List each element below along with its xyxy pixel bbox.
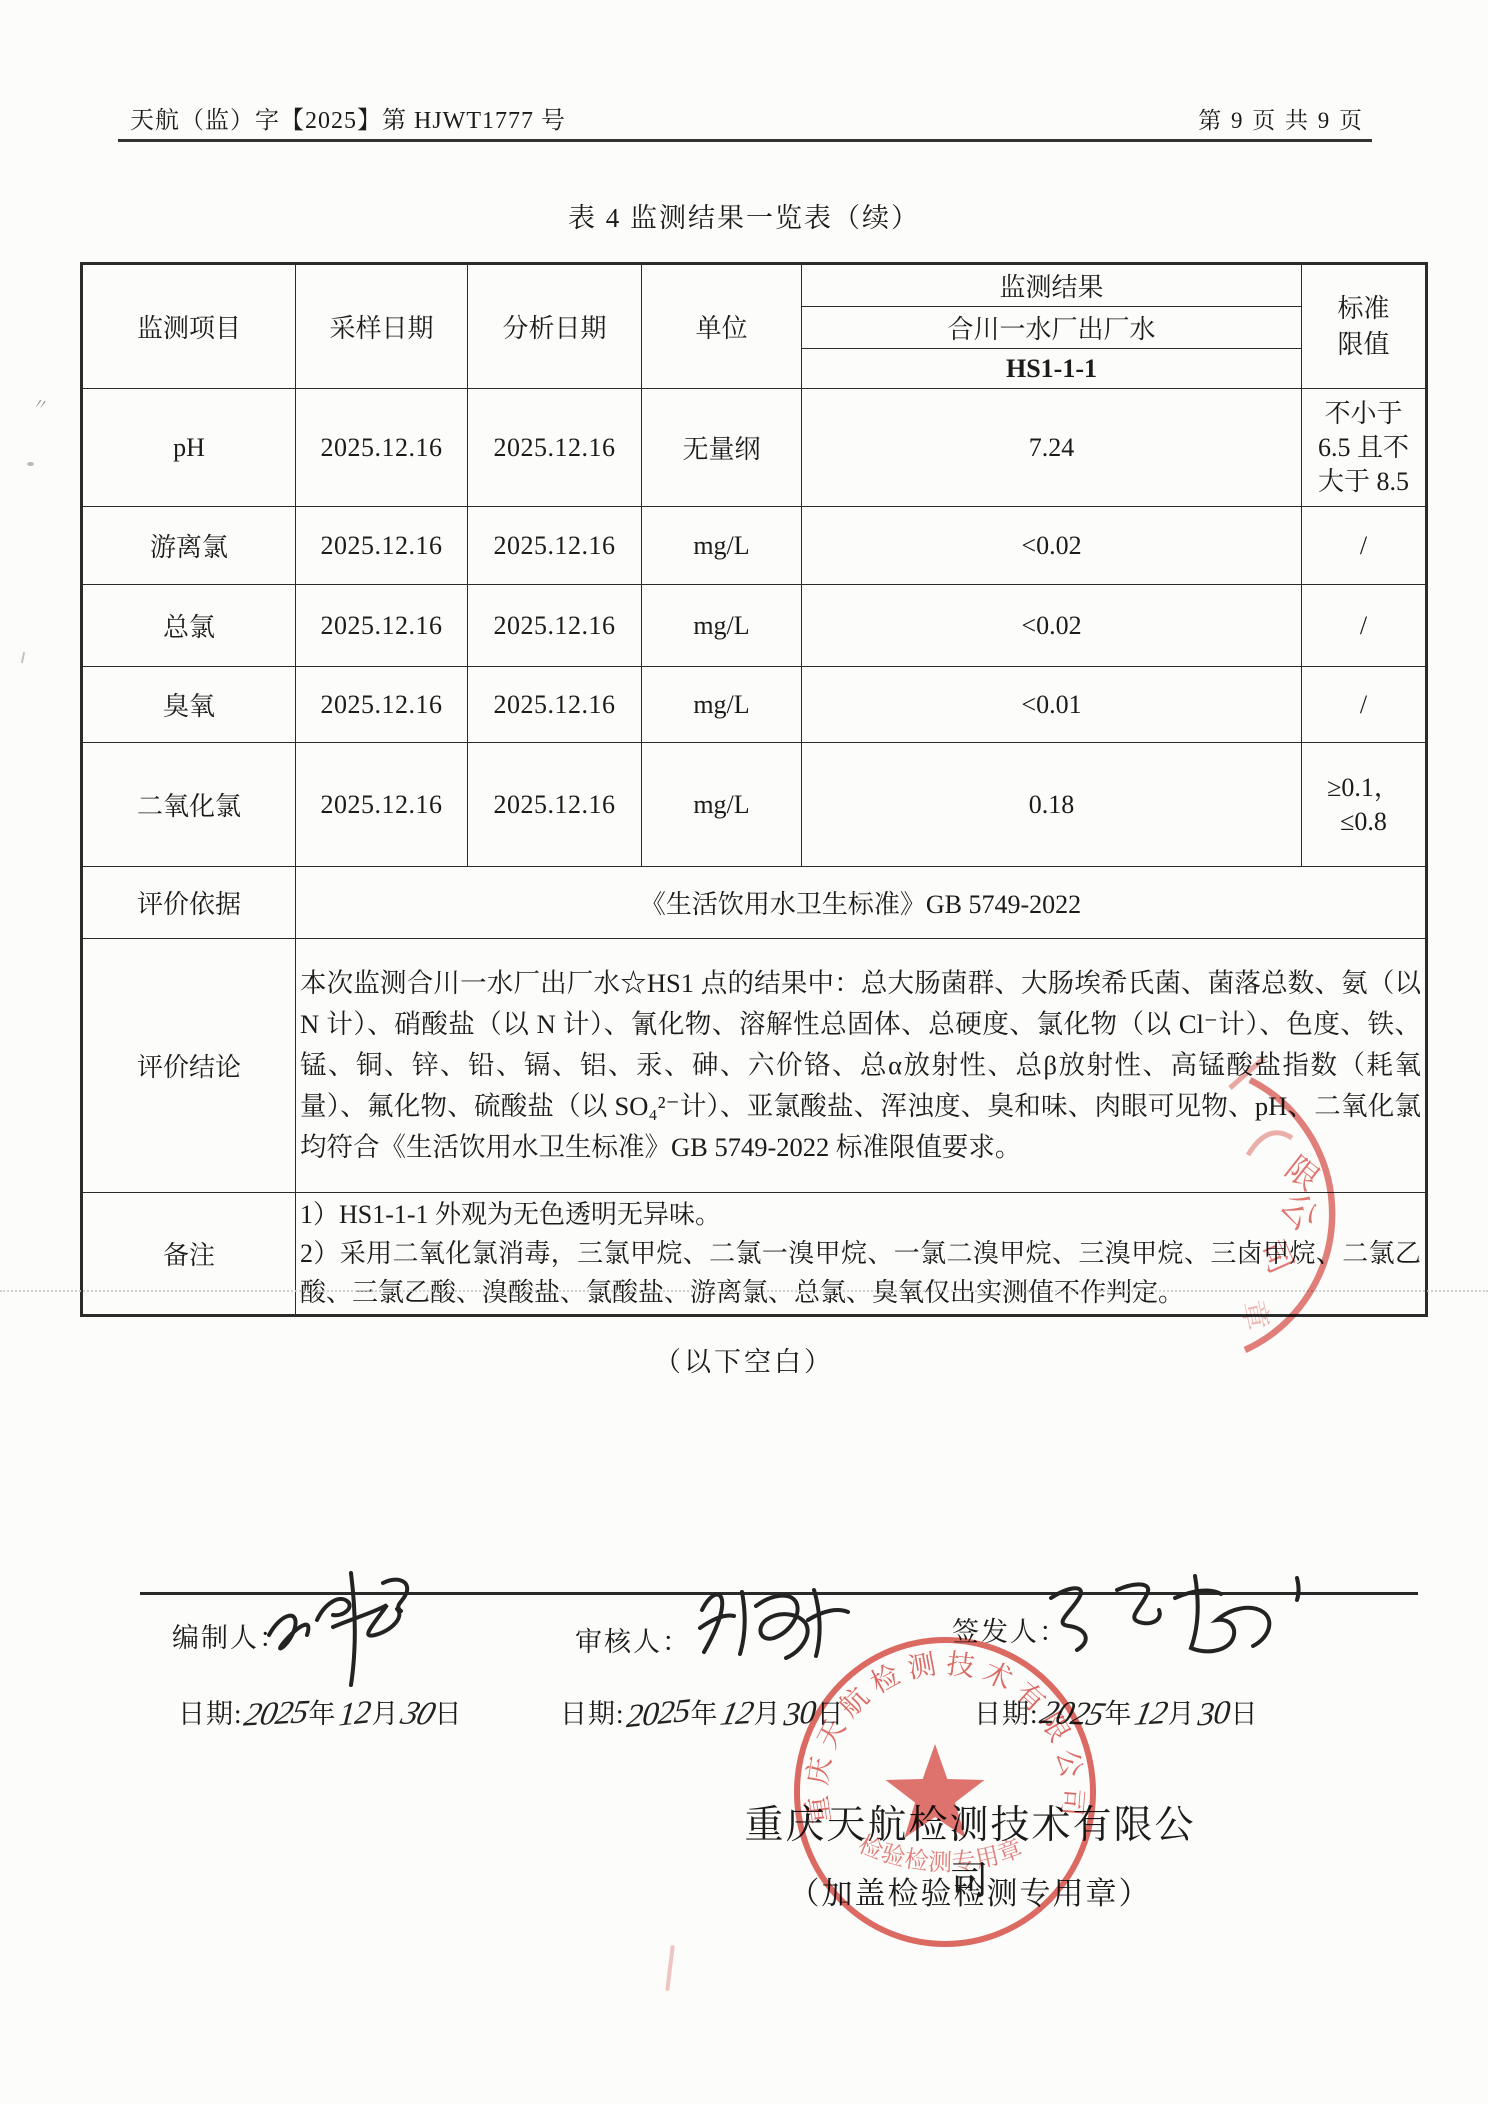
handwritten-day: 30 — [396, 1695, 439, 1733]
cell-limit: / — [1302, 667, 1427, 743]
handwritten-month: 12 — [717, 1695, 756, 1734]
cell-item: 游离氯 — [82, 507, 296, 585]
month-char: 月 — [372, 1699, 400, 1729]
stamp-star-icon — [886, 1744, 985, 1838]
cell-analysis-date: 2025.12.16 — [468, 585, 642, 667]
cell-unit: mg/L — [642, 507, 802, 585]
preparer-signature — [255, 1565, 445, 1695]
cell-result: <0.01 — [802, 667, 1302, 743]
table-row-ozone: 臭氧 2025.12.16 2025.12.16 mg/L <0.01 / — [82, 667, 1427, 743]
header-rule — [118, 139, 1372, 142]
partial-stamp-char: 司 — [1252, 1235, 1298, 1280]
cell-analysis-date: 2025.12.16 — [468, 389, 642, 507]
cell-result: <0.02 — [802, 585, 1302, 667]
cell-limit: / — [1302, 585, 1427, 667]
col-header-result-group: 监测结果 — [802, 264, 1302, 307]
cell-sampling-date: 2025.12.16 — [296, 585, 468, 667]
table-row-chlorine-dioxide: 二氧化氯 2025.12.16 2025.12.16 mg/L 0.18 ≥0.… — [82, 743, 1427, 867]
day-char: 日 — [435, 1699, 463, 1729]
doc-number: 天航（监）字【2025】第 HJWT1777 号 — [130, 100, 566, 135]
handwritten-year: 2025 — [241, 1694, 311, 1734]
basis-text: 《生活饮用水卫生标准》GB 5749-2022 — [296, 867, 1427, 939]
remark-label: 备注 — [82, 1193, 296, 1316]
basis-label: 评价依据 — [82, 867, 296, 939]
table-title: 表 4 监测结果一览表（续） — [0, 196, 1488, 235]
cell-item: 二氧化氯 — [82, 743, 296, 867]
cell-unit: 无量纲 — [642, 389, 802, 507]
document-page: 天航（监）字【2025】第 HJWT1777 号 第 9 页 共 9 页 表 4… — [0, 0, 1488, 2104]
scan-artifact — [21, 652, 25, 663]
stamp-ink-smear — [665, 1945, 675, 1991]
handwritten-month: 12 — [337, 1694, 371, 1734]
year-char: 年 — [1105, 1699, 1133, 1729]
cell-unit: mg/L — [642, 743, 802, 867]
col-header-sampling-date: 采样日期 — [296, 264, 468, 389]
cell-unit: mg/L — [642, 585, 802, 667]
company-stamp: 重庆天航检测技术有限公司 检验检测专用章 — [785, 1622, 1105, 1962]
preparer-date: 日期:2025年12月30日 — [178, 1692, 463, 1732]
cell-limit: / — [1302, 507, 1427, 585]
cell-item: 总氯 — [82, 585, 296, 667]
date-label: 日期: — [560, 1699, 625, 1729]
col-header-item: 监测项目 — [82, 264, 296, 389]
cell-sampling-date: 2025.12.16 — [296, 667, 468, 743]
year-char: 年 — [309, 1699, 337, 1729]
day-char: 日 — [1231, 1699, 1259, 1729]
table-row-free-chlorine: 游离氯 2025.12.16 2025.12.16 mg/L <0.02 / — [82, 507, 1427, 585]
month-char: 月 — [1168, 1699, 1196, 1729]
year-char: 年 — [691, 1699, 719, 1729]
cell-result: 7.24 — [802, 389, 1302, 507]
page-indicator: 第 9 页 共 9 页 — [1198, 102, 1364, 135]
table-row-basis: 评价依据 《生活饮用水卫生标准》GB 5749-2022 — [82, 867, 1427, 939]
cell-limit: ≥0.1， ≤0.8 — [1302, 743, 1427, 867]
stamp-inner-text: 检验检测专用章 — [854, 1831, 1025, 1877]
cell-analysis-date: 2025.12.16 — [468, 667, 642, 743]
cell-analysis-date: 2025.12.16 — [468, 507, 642, 585]
date-label: 日期: — [178, 1699, 243, 1729]
cell-sampling-date: 2025.12.16 — [296, 743, 468, 867]
table-header-row-1: 监测项目 采样日期 分析日期 单位 监测结果 标准限值 — [82, 264, 1427, 307]
col-header-analysis-date: 分析日期 — [468, 264, 642, 389]
cell-result: 0.18 — [802, 743, 1302, 867]
handwritten-month: 12 — [1131, 1695, 1170, 1734]
handwritten-year: 2025 — [625, 1693, 690, 1736]
cell-unit: mg/L — [642, 667, 802, 743]
cell-sampling-date: 2025.12.16 — [296, 389, 468, 507]
cell-limit: 不小于 6.5 且不 大于 8.5 — [1302, 389, 1427, 507]
partial-stamp: 限 公 司 章 — [1150, 1050, 1390, 1370]
handwritten-day: 30 — [1196, 1694, 1230, 1734]
cell-item: 臭氧 — [82, 667, 296, 743]
col-header-limit: 标准限值 — [1302, 264, 1427, 389]
table-row-total-chlorine: 总氯 2025.12.16 2025.12.16 mg/L <0.02 / — [82, 585, 1427, 667]
scan-artifact — [27, 462, 34, 466]
col-header-unit: 单位 — [642, 264, 802, 389]
reviewer-label: 审核人： — [575, 1620, 691, 1659]
col-header-sample-code: HS1-1-1 — [802, 349, 1302, 389]
limit-header-text: 标准限值 — [1333, 291, 1395, 363]
cell-analysis-date: 2025.12.16 — [468, 743, 642, 867]
month-char: 月 — [754, 1699, 782, 1729]
partial-stamp-char: 公 — [1272, 1185, 1326, 1238]
cell-sampling-date: 2025.12.16 — [296, 507, 468, 585]
table-row-ph: pH 2025.12.16 2025.12.16 无量纲 7.24 不小于 6.… — [82, 389, 1427, 507]
conclusion-label: 评价结论 — [82, 939, 296, 1193]
partial-stamp-char: 章 — [1235, 1297, 1274, 1333]
cell-result: <0.02 — [802, 507, 1302, 585]
scan-artifact: 〃 — [30, 390, 51, 416]
stamp-ink-mark — [1248, 1133, 1292, 1155]
cell-item: pH — [82, 389, 296, 507]
col-header-site: 合川一水厂出厂水 — [802, 307, 1302, 349]
